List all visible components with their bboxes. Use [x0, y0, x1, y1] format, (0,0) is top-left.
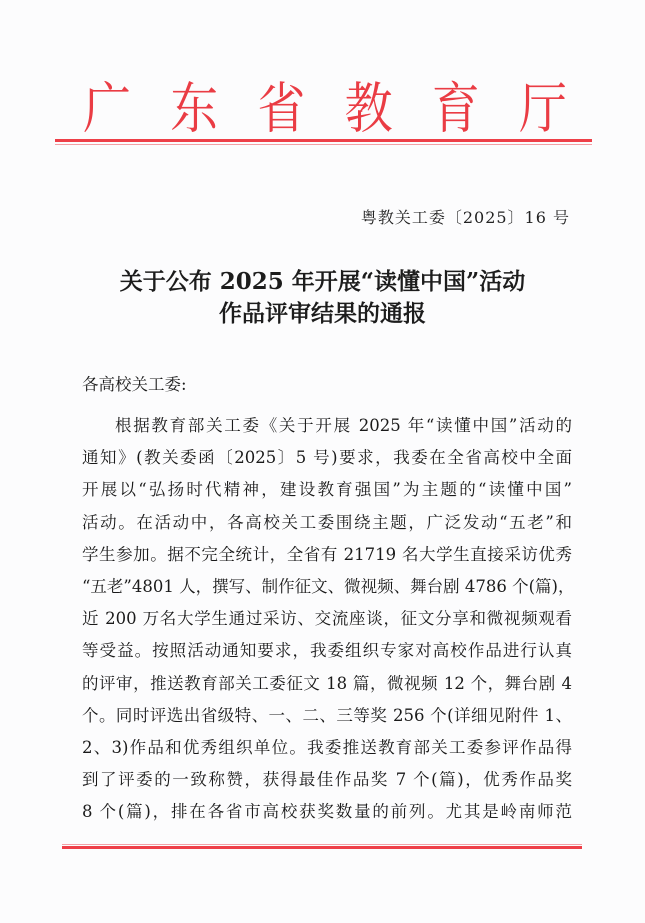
document-title-line-2: 作品评审结果的通报 — [0, 298, 645, 330]
footer-red-rule-highlight — [62, 844, 582, 845]
masthead-char: 教 — [345, 81, 393, 136]
body-line: 近 200 万名大学生通过采访、交流座谈，征文分享和微视频观看 — [82, 603, 572, 635]
masthead-char: 东 — [170, 81, 218, 136]
masthead-char: 育 — [432, 81, 480, 136]
document-title-line-1: 关于公布 2025 年开展“读懂中国”活动 — [0, 266, 645, 298]
masthead-char: 省 — [257, 81, 305, 136]
header-red-rule-shadow — [55, 144, 592, 145]
body-paragraph: 根据教育部关工委《关于开展 2025 年“读懂中国”活动的 通知》(教关委函〔2… — [82, 410, 572, 828]
footer-red-rule — [62, 846, 582, 849]
salutation: 各高校关工委: — [82, 372, 187, 398]
body-line: 2、3)作品和优秀组织单位。我委推送教育部关工委参评作品得 — [82, 732, 572, 764]
body-line: 通知》(教关委函〔2025〕5 号)要求，我委在全省高校中全面 — [82, 442, 572, 474]
body-line: 的评审，推送教育部关工委征文 18 篇，微视频 12 个，舞台剧 4 — [82, 668, 572, 700]
masthead-char: 厅 — [519, 81, 567, 136]
body-line: “五老”4801 人，撰写、制作征文、微视频、舞台剧 4786 个(篇)， — [82, 571, 572, 603]
body-line: 活动。在活动中，各高校关工委围绕主题，广泛发动“五老”和 — [82, 507, 572, 539]
document-number: 粤教关工委〔2025〕16 号 — [361, 205, 570, 228]
body-line: 个。同时评选出省级特、一、二、三等奖 256 个(详细见附件 1、 — [82, 700, 572, 732]
body-line: 8 个(篇)，排在各省市高校获奖数量的前列。尤其是岭南师范 — [82, 796, 572, 828]
issuer-masthead: 广 东 省 教 育 厅 — [75, 78, 575, 140]
body-line: 等受益。按照活动通知要求，我委组织专家对高校作品进行认真 — [82, 635, 572, 667]
header-red-rule — [55, 139, 592, 142]
body-line: 开展以“弘扬时代精神，建设教育强国”为主题的“读懂中国” — [82, 474, 572, 506]
body-line: 根据教育部关工委《关于开展 2025 年“读懂中国”活动的 — [82, 410, 572, 442]
body-line: 到了评委的一致称赞，获得最佳作品奖 7 个(篇)，优秀作品奖 — [82, 764, 572, 796]
document-page: 广 东 省 教 育 厅 粤教关工委〔2025〕16 号 关于公布 2025 年开… — [0, 0, 645, 923]
body-line: 学生参加。据不完全统计，全省有 21719 名大学生直接采访优秀 — [82, 539, 572, 571]
masthead-char: 广 — [83, 81, 131, 136]
